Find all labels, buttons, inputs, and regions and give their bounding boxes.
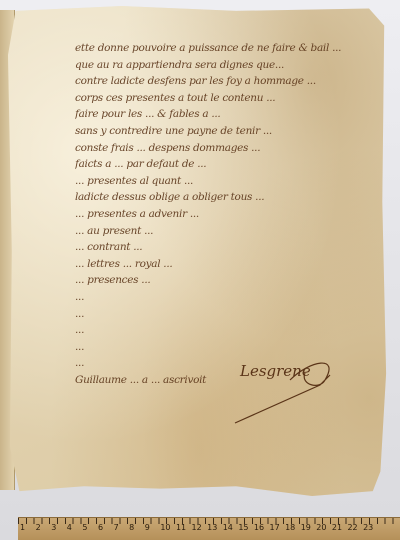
ruler-number: 15 <box>238 523 254 532</box>
text-line: ... presentes a advenir ... <box>75 206 375 223</box>
ruler-number: 4 <box>67 523 83 532</box>
text-line: ladicte dessus oblige a obliger tous ... <box>75 189 375 206</box>
text-line: ... <box>75 339 375 356</box>
ruler-number: 9 <box>145 523 161 532</box>
text-line: ... contrant ... <box>75 239 375 256</box>
ruler-number: 8 <box>129 523 145 532</box>
ruler-number: 14 <box>223 523 239 532</box>
manuscript-text: ette donne pouvoire a puissance de ne fa… <box>75 40 375 388</box>
ruler-number: 11 <box>176 523 192 532</box>
ruler-number: 19 <box>301 523 317 532</box>
text-line: ... lettres ... royal ... <box>75 256 375 273</box>
text-line: que au ra appartiendra sera dignes que..… <box>75 57 375 74</box>
text-line: faicts a ... par defaut de ... <box>75 156 375 173</box>
ruler-number: 18 <box>285 523 301 532</box>
ruler-number: 12 <box>192 523 208 532</box>
text-line: faire pour les ... & fables a ... <box>75 106 375 123</box>
text-line: corps ces presentes a tout le contenu ..… <box>75 90 375 107</box>
ruler-number: 5 <box>82 523 98 532</box>
signature: Lesgrene <box>240 362 311 380</box>
ruler-number: 1 <box>20 523 36 532</box>
ruler: 1 2 3 4 5 6 7 8 9 10 11 12 13 14 15 16 1… <box>18 517 400 540</box>
ruler-number: 17 <box>270 523 286 532</box>
text-line: ... presences ... <box>75 272 375 289</box>
text-line: sans y contredire une payne de tenir ... <box>75 123 375 140</box>
ruler-number: 22 <box>347 523 363 532</box>
text-line: ... au present ... <box>75 223 375 240</box>
ruler-numbers: 1 2 3 4 5 6 7 8 9 10 11 12 13 14 15 16 1… <box>20 523 379 532</box>
ruler-number: 6 <box>98 523 114 532</box>
ruler-number: 3 <box>51 523 67 532</box>
ruler-number: 7 <box>114 523 130 532</box>
text-line: contre ladicte desfens par les foy a hom… <box>75 73 375 90</box>
text-line: ... <box>75 306 375 323</box>
ruler-number: 10 <box>160 523 176 532</box>
ruler-number: 23 <box>363 523 379 532</box>
text-line: ... presentes al quant ... <box>75 173 375 190</box>
ruler-number: 20 <box>316 523 332 532</box>
ruler-number: 16 <box>254 523 270 532</box>
ruler-number: 2 <box>36 523 52 532</box>
text-line: conste frais ... despens dommages ... <box>75 140 375 157</box>
ruler-number: 21 <box>332 523 348 532</box>
ruler-number: 13 <box>207 523 223 532</box>
text-line: ... <box>75 322 375 339</box>
text-line: ... <box>75 289 375 306</box>
text-line: ette donne pouvoire a puissance de ne fa… <box>75 40 375 57</box>
